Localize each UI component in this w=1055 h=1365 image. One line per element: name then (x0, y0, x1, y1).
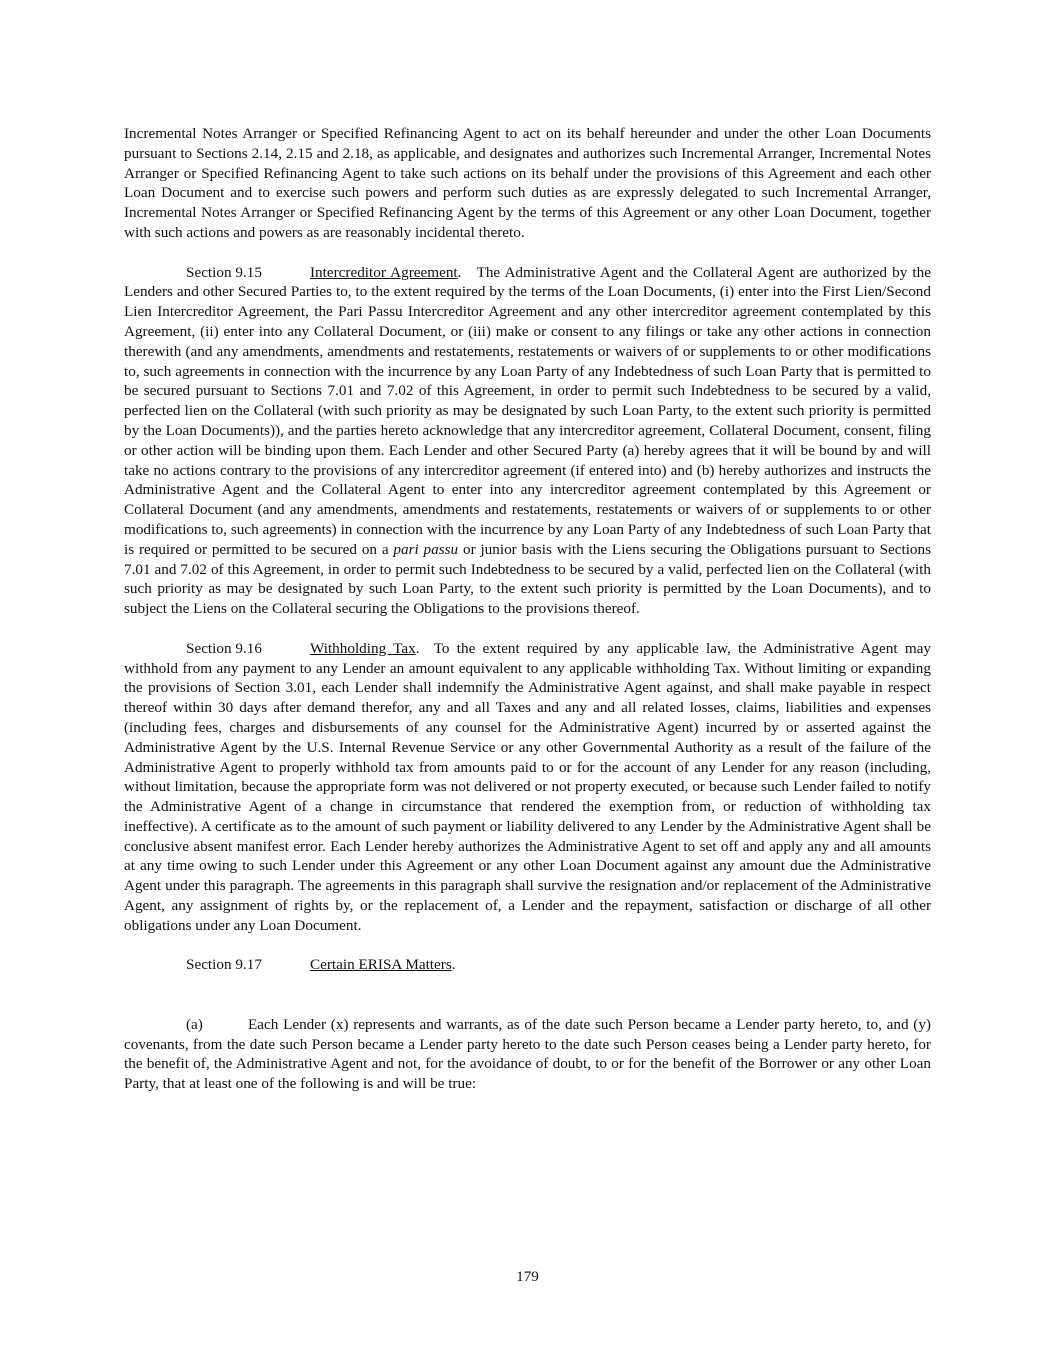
italic-term: pari passu (393, 541, 458, 558)
section-body: The Administrative Agent and the Collate… (124, 264, 931, 558)
spacer (124, 619, 931, 639)
section-body: To the extent required by any applicable… (124, 640, 931, 934)
section-title: Intercreditor Agreement (310, 264, 458, 281)
document-page: Incremental Notes Arranger or Specified … (124, 124, 931, 1094)
spacer (124, 936, 931, 956)
section-title: Withholding Tax (310, 640, 416, 657)
section-9-15: Section 9.15Intercreditor Agreement. The… (124, 263, 931, 619)
spacer (124, 243, 931, 263)
continuation-paragraph: Incremental Notes Arranger or Specified … (124, 124, 931, 243)
section-9-17: Section 9.17Certain ERISA Matters. (124, 955, 931, 975)
section-number: Section 9.17 (186, 955, 310, 975)
subsection-label: (a) (186, 1015, 248, 1035)
section-number: Section 9.15 (186, 263, 310, 283)
page-number: 179 (0, 1268, 1055, 1286)
spacer (124, 975, 931, 1015)
section-9-16: Section 9.16Withholding Tax. To the exte… (124, 639, 931, 936)
subsection-a: (a)Each Lender (x) represents and warran… (124, 1015, 931, 1094)
section-title: Certain ERISA Matters (310, 956, 452, 973)
section-number: Section 9.16 (186, 639, 310, 659)
